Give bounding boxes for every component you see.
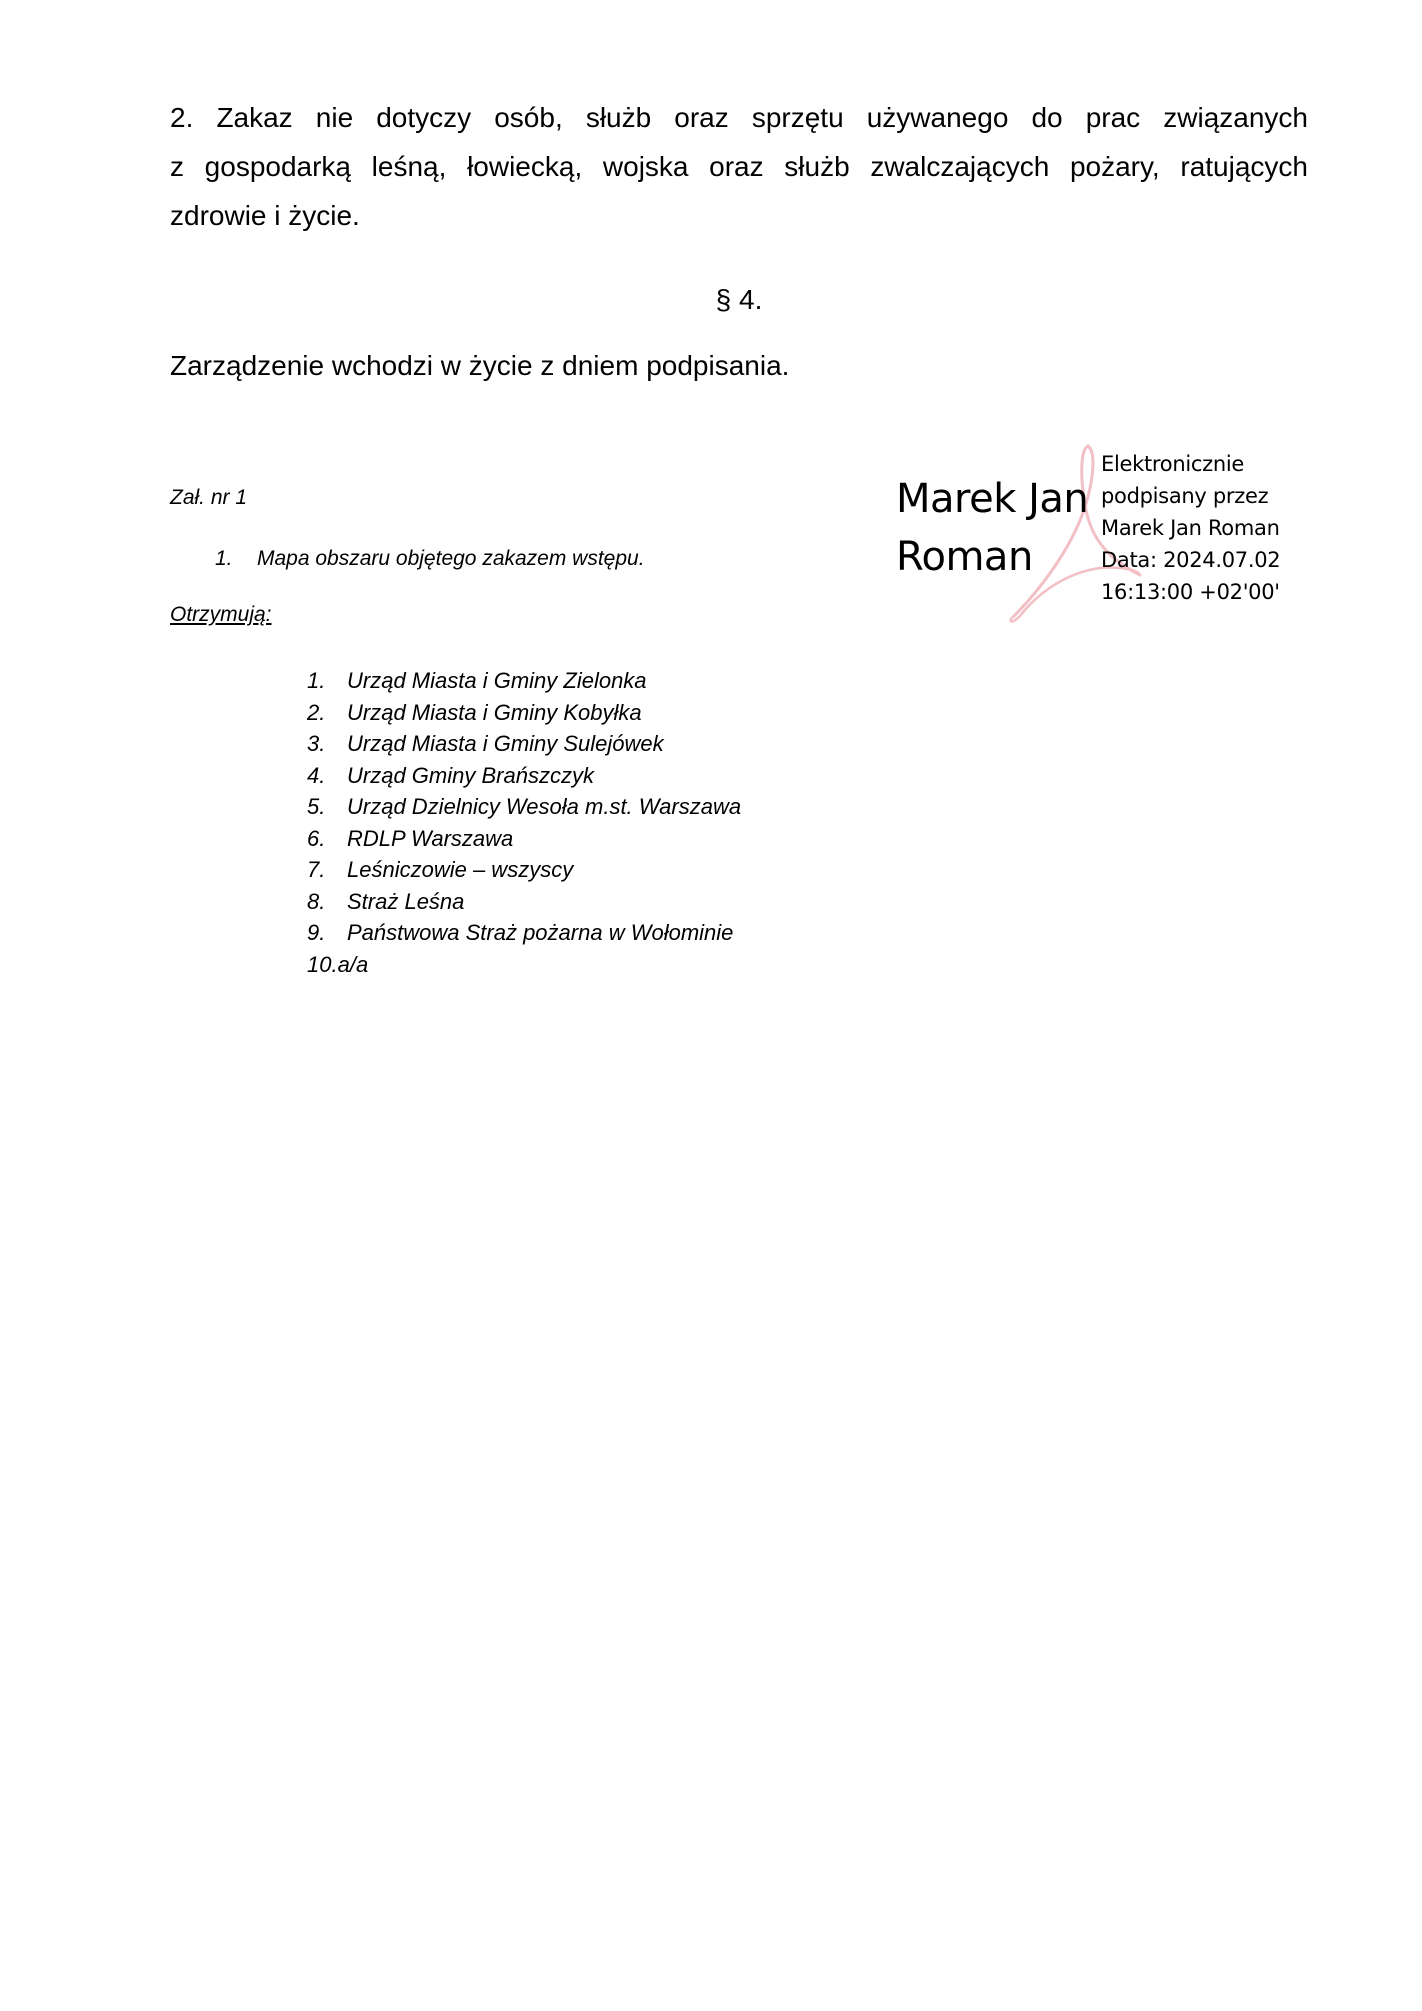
recipient-name: Urząd Miasta i Gminy Sulejówek [347, 731, 664, 756]
recipient-number: 9. [307, 920, 347, 946]
recipient-item: 6.RDLP Warszawa [307, 826, 513, 852]
recipient-item: 4.Urząd Gminy Brańszczyk [307, 763, 594, 789]
recipient-name: Państwowa Straż pożarna w Wołominie [347, 920, 733, 945]
recipient-item: 1.Urząd Miasta i Gminy Zielonka [307, 668, 647, 694]
recipient-name: RDLP Warszawa [347, 826, 513, 851]
recipients-label: Otrzymują: [170, 602, 272, 628]
signer-name-line-1: Marek Jan [896, 470, 1088, 528]
recipient-number: 7. [307, 857, 347, 883]
signature-info-line: Marek Jan Roman [1101, 512, 1280, 544]
recipient-number: 10. [307, 952, 338, 977]
recipient-item: 3.Urząd Miasta i Gminy Sulejówek [307, 731, 664, 757]
recipient-number: 4. [307, 763, 347, 789]
recipient-number: 5. [307, 794, 347, 820]
recipient-name: a/a [338, 952, 369, 977]
signature-info: Elektronicznie podpisany przez Marek Jan… [1101, 448, 1280, 608]
paragraph-line: 2. Zakaz nie dotyczy osób, służb oraz sp… [170, 101, 1308, 135]
recipient-item: 9.Państwowa Straż pożarna w Wołominie [307, 920, 733, 946]
signature-info-line: 16:13:00 +02'00' [1101, 576, 1280, 608]
signature-info-line: podpisany przez [1101, 480, 1280, 512]
recipient-item: 2.Urząd Miasta i Gminy Kobyłka [307, 700, 642, 726]
recipient-number: 1. [307, 668, 347, 694]
signature-info-line: Data: 2024.07.02 [1101, 544, 1280, 576]
recipient-number: 8. [307, 889, 347, 915]
recipient-item: 8.Straż Leśna [307, 889, 464, 915]
recipient-name: Urząd Dzielnicy Wesoła m.st. Warszawa [347, 794, 741, 819]
signer-name-line-2: Roman [896, 528, 1033, 586]
attachment-item-text: Mapa obszaru objętego zakazem wstępu. [257, 547, 645, 570]
recipient-name: Urząd Gminy Brańszczyk [347, 763, 594, 788]
recipient-number: 2. [307, 700, 347, 726]
recipient-item: 7.Leśniczowie – wszyscy [307, 857, 573, 883]
signature-info-line: Elektronicznie [1101, 448, 1280, 480]
section-heading: § 4. [0, 283, 1422, 317]
recipient-name: Leśniczowie – wszyscy [347, 857, 573, 882]
recipient-number: 3. [307, 731, 347, 757]
recipient-item: 10.a/a [307, 952, 368, 978]
attachment-item-number: 1. [215, 546, 257, 572]
recipient-name: Straż Leśna [347, 889, 464, 914]
section-text: Zarządzenie wchodzi w życie z dniem podp… [170, 349, 789, 383]
attachment-item: 1.Mapa obszaru objętego zakazem wstępu. [215, 546, 645, 572]
recipient-item: 5.Urząd Dzielnicy Wesoła m.st. Warszawa [307, 794, 741, 820]
recipient-name: Urząd Miasta i Gminy Zielonka [347, 668, 647, 693]
attachment-label: Zał. nr 1 [170, 485, 247, 511]
paragraph-line: zdrowie i życie. [170, 199, 1308, 233]
recipient-name: Urząd Miasta i Gminy Kobyłka [347, 700, 642, 725]
recipient-number: 6. [307, 826, 347, 852]
paragraph-line: z gospodarką leśną, łowiecką, wojska ora… [170, 150, 1308, 184]
